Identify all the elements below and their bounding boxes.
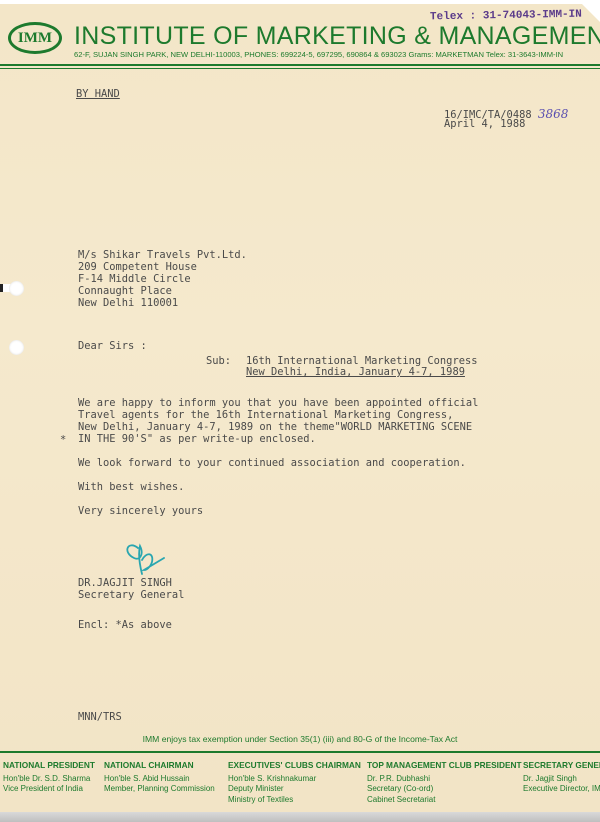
officer-secretary-general: SECRETARY GENERAL Dr. Jagjit Singh Execu… [523,760,600,795]
signature-icon [120,538,180,578]
officer-title: TOP MANAGEMENT CLUB PRESIDENT [367,760,522,771]
subject-label: Sub: [206,355,231,367]
tax-exemption-note: IMM enjoys tax exemption under Section 3… [0,734,600,744]
officer-top-management-club-president: TOP MANAGEMENT CLUB PRESIDENT Dr. P.R. D… [367,760,522,805]
officer-title: SECRETARY GENERAL [523,760,600,771]
officer-national-chairman: NATIONAL CHAIRMAN Hon'ble S. Abid Hussai… [104,760,215,795]
signatory-title: Secretary General [78,589,184,601]
delivery-method: BY HAND [76,88,120,100]
closing-wishes: With best wishes. [78,481,184,493]
punch-hole-icon [9,340,24,355]
punch-hole-icon [9,281,24,296]
closing-valediction: Very sincerely yours [78,505,203,517]
body-line: New Delhi, January 4-7, 1989 on the them… [78,421,472,433]
body-line: Travel agents for the 16th International… [78,409,453,421]
recipient-line: New Delhi 110001 [78,297,178,309]
body-line: IN THE 90'S" as per write-up enclosed. [78,433,316,445]
handwritten-number: 3868 [538,107,569,121]
officer-line: Dr. Jagjit Singh [523,774,600,785]
recipient-line: M/s Shikar Travels Pvt.Ltd. [78,249,247,261]
enclosure-note: Encl: *As above [78,619,172,631]
body-line: We are happy to inform you that you have… [78,397,478,409]
header-rule [0,64,600,66]
recipient-line: 209 Competent House [78,261,197,273]
organization-name: INSTITUTE OF MARKETING & MANAGEMENT [74,22,600,51]
officer-line: Hon'ble Dr. S.D. Sharma [3,774,95,785]
recipient-line: Connaught Place [78,285,172,297]
officer-line: Cabinet Secretariat [367,795,522,806]
margin-asterisk: * [60,434,66,446]
officer-title: NATIONAL CHAIRMAN [104,760,215,771]
officer-line: Deputy Minister [228,784,361,795]
imm-logo: IMM [8,22,62,54]
header-rule [0,68,600,69]
officer-line: Ministry of Textiles [228,795,361,806]
organization-address: 62-F, SUJAN SINGH PARK, NEW DELHI-110003… [74,50,563,59]
signatory-name: DR.JAGJIT SINGH [78,577,172,589]
officer-line: Vice President of India [3,784,95,795]
officer-title: EXECUTIVES' CLUBS CHAIRMAN [228,760,361,771]
typist-initials: MNN/TRS [78,711,122,723]
recipient-line: F-14 Middle Circle [78,273,191,285]
officer-line: Hon'ble S. Abid Hussain [104,774,215,785]
footer-rule [0,751,600,753]
salutation: Dear Sirs : [78,340,147,352]
torn-edge [0,812,600,822]
letter-date: April 4, 1988 [444,118,525,130]
officer-line: Executive Director, IMM [523,784,600,795]
body-paragraph-2: We look forward to your continued associ… [78,457,466,469]
officer-line: Member, Planning Commission [104,784,215,795]
officer-line: Secretary (Co-ord) [367,784,522,795]
officer-executives-clubs-chairman: EXECUTIVES' CLUBS CHAIRMAN Hon'ble S. Kr… [228,760,361,805]
officer-title: NATIONAL PRESIDENT [3,760,95,771]
officer-line: Dr. P.R. Dubhashi [367,774,522,785]
officer-national-president: NATIONAL PRESIDENT Hon'ble Dr. S.D. Shar… [3,760,95,795]
subject-line: New Delhi, India, January 4-7, 1989 [246,366,465,378]
officer-line: Hon'ble S. Krishnakumar [228,774,361,785]
